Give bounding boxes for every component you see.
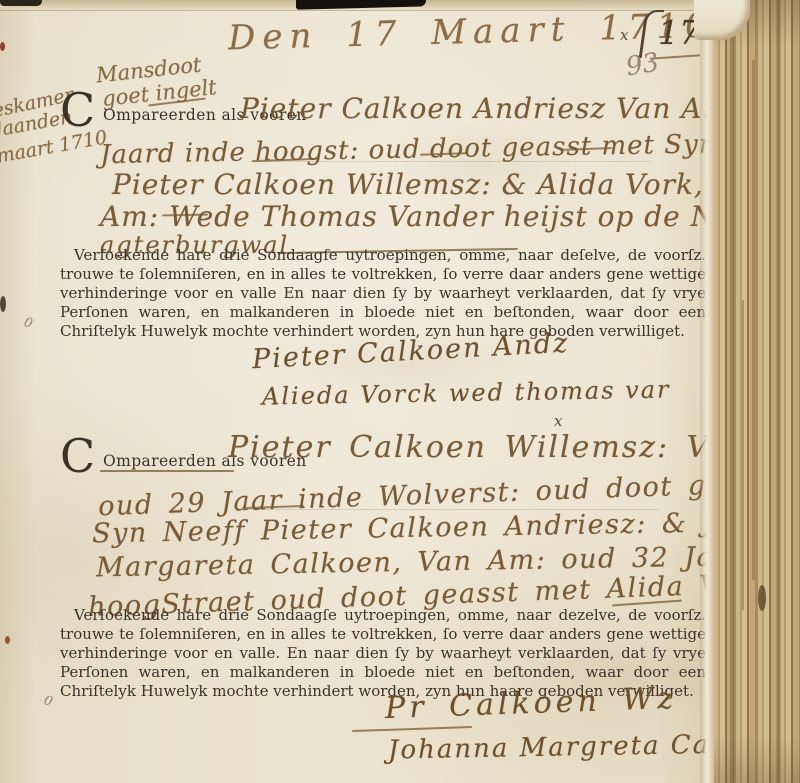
edge-streak <box>776 0 781 783</box>
edge-streak <box>730 0 734 783</box>
ink-stroke <box>352 726 472 732</box>
edge-blotch <box>758 585 766 611</box>
ink-speck <box>0 42 5 51</box>
paper-page: Den 17 Maart 1710 x 17 93 Mansdoot goet … <box>0 0 714 783</box>
zero-mark: 0 <box>42 693 55 710</box>
guide-line <box>240 509 660 510</box>
ink-speck <box>5 636 10 644</box>
ink-stroke <box>100 470 234 472</box>
guide-line <box>250 161 650 162</box>
manuscript-scan: Den 17 Maart 1710 x 17 93 Mansdoot goet … <box>0 0 800 783</box>
edge-streak <box>742 300 744 610</box>
drop-cap: C <box>60 90 95 130</box>
check-mark: x <box>554 412 562 430</box>
check-mark: x <box>620 26 628 44</box>
signature: Alieda Vorck wed thomas var <box>262 375 671 410</box>
top-left-shadow <box>0 0 42 6</box>
edge-streak <box>752 60 755 580</box>
drop-cap: C <box>60 436 95 476</box>
handwritten-line: Am: Wede Thomas Vander heijst op de N Z <box>100 200 747 233</box>
book-fore-edge <box>714 0 800 783</box>
printed-paragraph: Verſoekende hare drie Sondaagſe uytroepi… <box>60 246 706 341</box>
handwritten-line: Pieter Calkoen Willemsz: & Alida Vork, V… <box>112 168 769 201</box>
handwritten-line: Jaard inde hoogst: oud doot geasst met S… <box>100 128 800 170</box>
zero-mark: 0 <box>22 315 35 332</box>
ink-speck <box>0 296 6 312</box>
pencil-folio-number: 93 <box>624 48 661 83</box>
